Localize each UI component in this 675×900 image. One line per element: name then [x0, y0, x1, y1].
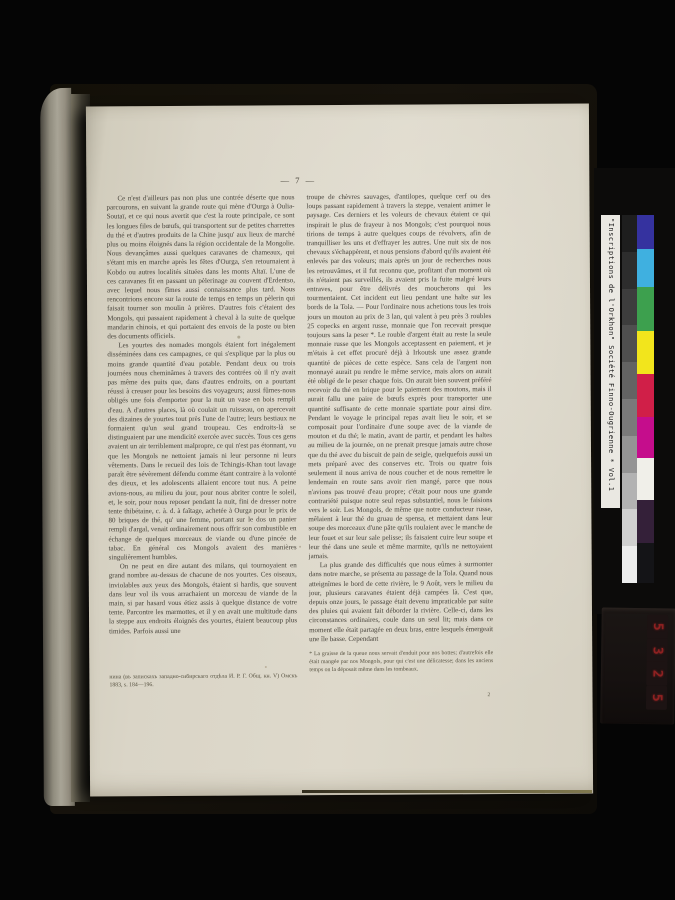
gilt-bottom-edge [302, 790, 592, 793]
paragraph: On ne peut en dire autant des milans, qu… [109, 561, 297, 636]
color-patch-crimson [637, 374, 654, 417]
counter-digit: 3 [647, 638, 668, 662]
color-patch-magenta [637, 417, 654, 458]
color-patch-column [637, 215, 654, 583]
color-patch-indigo [637, 215, 654, 249]
counter-digit: 5 [647, 615, 668, 639]
counter-display: 5325 [644, 616, 669, 708]
footnote-left: нина (въ запискахъ западно-сибирскаго от… [109, 673, 297, 690]
gray-step [622, 399, 637, 436]
paragraph: troupe de chèvres sauvages, d'antilopes,… [306, 192, 492, 561]
paragraph: Ce n'est d'ailleurs pas non plus une con… [106, 193, 295, 341]
text-right-column: troupe de chèvres sauvages, d'antilopes,… [306, 192, 493, 643]
gray-step [622, 546, 637, 583]
gray-step [622, 252, 637, 289]
gray-step [622, 509, 637, 546]
gray-step [622, 436, 637, 473]
gray-step [622, 215, 637, 252]
color-patch-dark-violet [637, 500, 654, 543]
gray-step [622, 325, 637, 362]
color-patch-white [637, 458, 654, 500]
color-patch-yellow [637, 331, 654, 374]
calibration-label: "Inscriptions de l'Orkhon" Société Finno… [601, 215, 620, 508]
signature-mark: 2 [487, 692, 490, 698]
photograph-scene: — 7 — Ce n'est d'ailleurs pas non plus u… [0, 0, 675, 900]
dust-specks [237, 336, 240, 339]
paragraph: La plus grande des difficultés que nous … [309, 560, 493, 643]
page-edges-strip [40, 88, 75, 806]
counter-digit: 2 [646, 662, 667, 686]
folio-page-number: — 7 — [106, 174, 490, 186]
color-patch-green [637, 287, 654, 331]
book-page: — 7 — Ce n'est d'ailleurs pas non plus u… [86, 103, 593, 796]
gray-step [622, 473, 637, 510]
color-patch-black [637, 543, 654, 583]
gray-step [622, 289, 637, 326]
grayscale-wedge [622, 215, 637, 583]
color-patch-cyan [637, 249, 654, 287]
gray-step [622, 362, 637, 399]
text-left-column: Ce n'est d'ailleurs pas non plus une con… [106, 193, 297, 672]
paragraph: Les yourtes des nomades mongols étaient … [107, 341, 296, 563]
footnote-right: * La graisse de la queue nous servait d'… [309, 650, 493, 675]
frame-counter: 5325 [600, 607, 675, 724]
counter-digit: 5 [646, 686, 667, 710]
calibration-card: "Inscriptions de l'Orkhon" Société Finno… [594, 168, 675, 614]
